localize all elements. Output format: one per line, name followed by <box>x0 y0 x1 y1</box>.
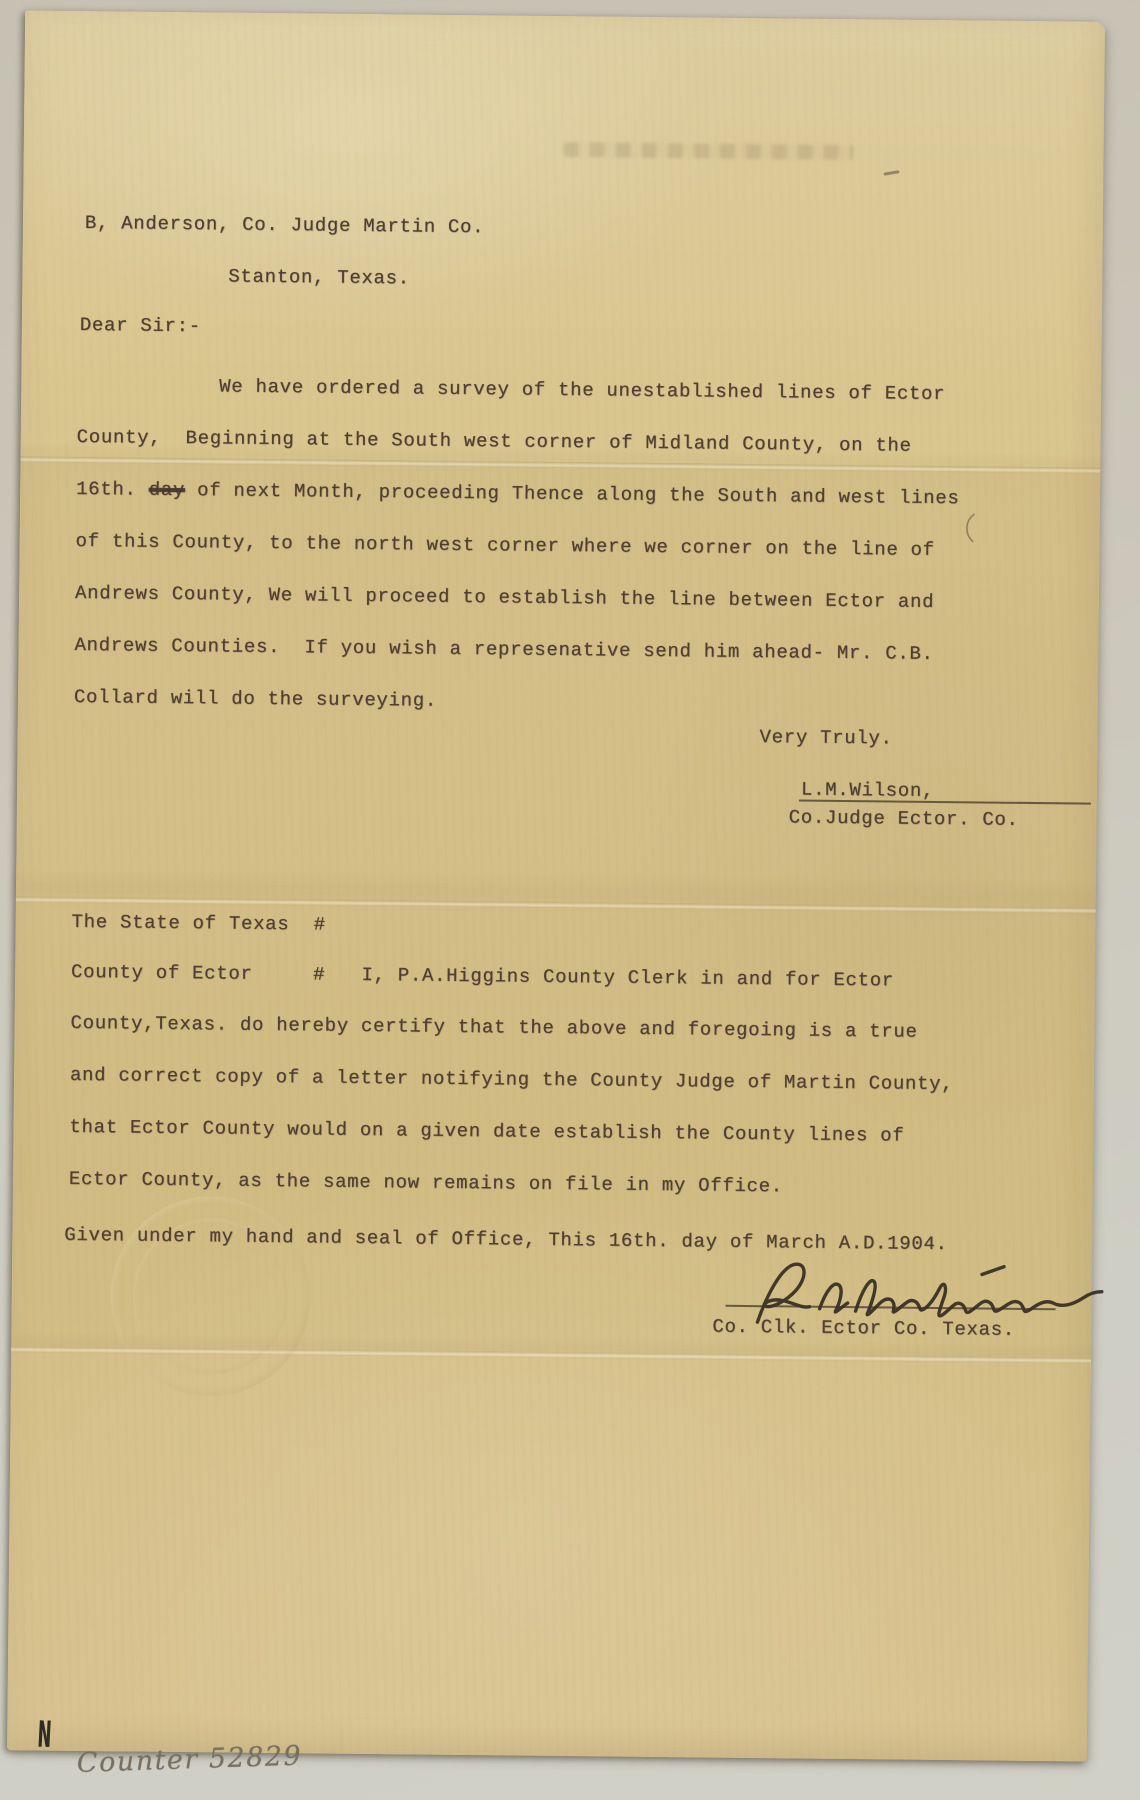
letter-closing: Very Truly. <box>759 725 892 750</box>
cert-body-line-2: County,Texas. do hereby certify that the… <box>70 1011 917 1044</box>
paper-section-2 <box>16 456 1101 907</box>
paper-flaw-mark <box>960 512 982 544</box>
counter-number-note: Counter 52829 <box>76 1740 302 1778</box>
wilson-signature-line <box>799 800 1091 805</box>
line3-post: of next Month, proceeding Thence along t… <box>185 479 960 509</box>
fold-crease-1 <box>20 456 1100 473</box>
cert-body-line-3: and correct copy of a letter notifying t… <box>70 1063 954 1096</box>
stray-pen-tick <box>883 170 899 175</box>
higgins-signature-title: Co. Clk. Ector Co. Texas. <box>712 1315 1015 1342</box>
letter-body-line-7: Collard will do the surveying. <box>74 685 437 713</box>
letter-body-line-6: Andrews Counties. If you wish a represen… <box>74 633 933 666</box>
paper-section-bottom <box>7 1346 1091 1761</box>
cert-body-line-5: Ector County, as the same now remains on… <box>69 1167 783 1198</box>
letter-body-line-1: We have ordered a survey of the unestabl… <box>219 374 945 406</box>
recipient-line: B, Anderson, Co. Judge Martin Co. <box>85 211 485 239</box>
cert-state-line: The State of Texas # <box>71 910 325 937</box>
cert-body-line-4: that Ector County would on a given date … <box>69 1115 904 1148</box>
fold-crease-3 <box>11 1346 1091 1363</box>
letter-body-line-4: of this County, to the north west corner… <box>75 529 934 562</box>
scan-background: B, Anderson, Co. Judge Martin Co. Stanto… <box>0 0 1140 1800</box>
wilson-signature-title: Co.Judge Ector. Co. <box>789 805 1019 831</box>
cert-county-line: County of Ector # I, P.A.Higgins County … <box>71 960 894 993</box>
ghost-ink-offset-smudge <box>564 142 854 160</box>
corner-mark-n: N <box>37 1719 52 1753</box>
letter-body-line-3: 16th. day of next Month, proceeding Then… <box>76 477 960 510</box>
document-paper: B, Anderson, Co. Judge Martin Co. Stanto… <box>7 10 1105 1761</box>
recipient-city: Stanton, Texas. <box>228 265 410 291</box>
line3-pre: 16th. <box>76 478 149 501</box>
line3-struck-word: day <box>149 479 186 501</box>
salutation: Dear Sir:- <box>80 313 201 338</box>
letter-body-line-2: County, Beginning at the South west corn… <box>77 425 912 458</box>
letter-body-line-5: Andrews County, We will proceed to estab… <box>75 581 934 614</box>
